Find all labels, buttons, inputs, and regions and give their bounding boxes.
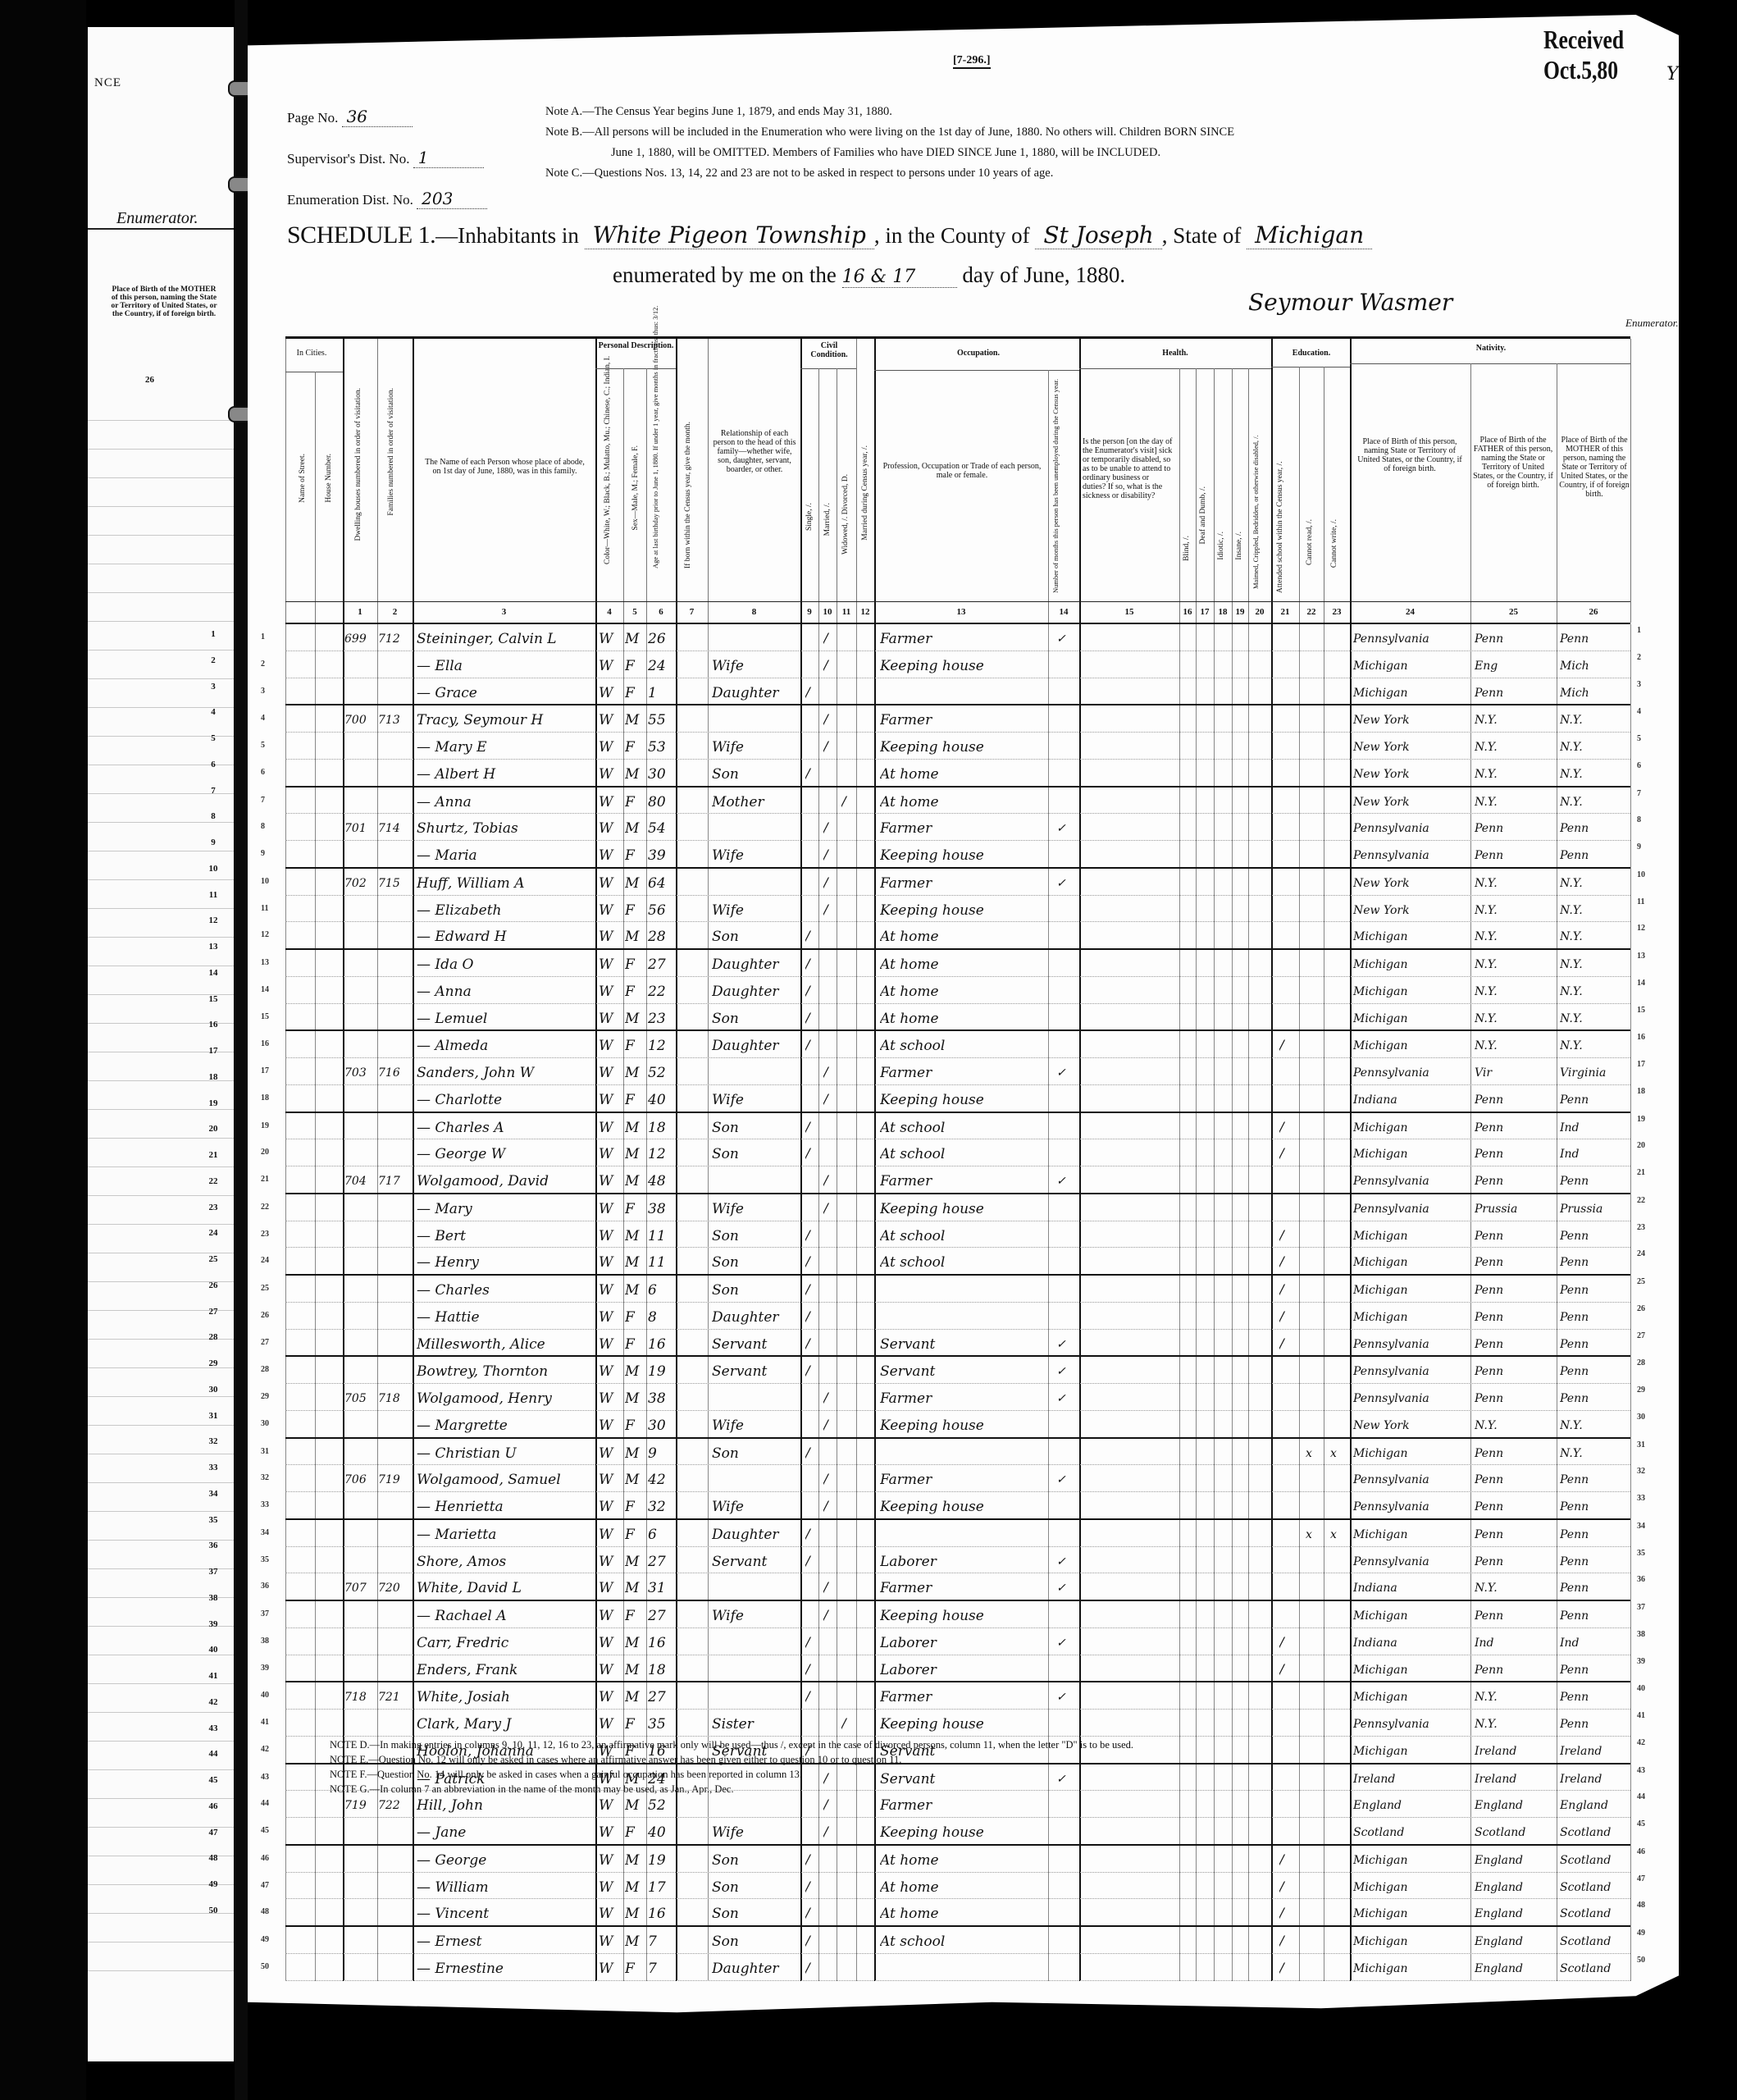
sex-value: F [625,733,646,758]
dwelling-number [344,1547,377,1573]
table-header: In Cities. Name of Street. House Number.… [285,336,1630,624]
color-value: W [599,1248,622,1273]
form-code: [7-296.] [953,54,991,69]
row-number-right: 23 [1637,1223,1645,1232]
occupation-value: At school [880,1248,1044,1273]
cannot-read-header: Cannot read, /. [1306,519,1314,565]
months-unemployed-mark [1056,950,1078,975]
age-value: 17 [648,1873,676,1898]
dwelling-number [344,1520,377,1545]
sex-value: F [625,1303,646,1328]
table-row: 4949— ErnestWM7Son/At school/MichiganEng… [285,1927,1630,1954]
dwelling-number [344,1899,377,1924]
birthplace-mother-value: Penn [1560,1166,1630,1192]
enumeration-district-value: 203 [417,189,487,209]
relationship-value [712,1465,798,1491]
months-unemployed-mark [1056,1004,1078,1029]
attended-school-mark [1279,1492,1296,1518]
family-number [378,1194,411,1220]
age-value: 40 [648,1818,676,1843]
cannot-read-mark [1306,1710,1322,1735]
table-row: 2525— CharlesWM6Son//MichiganPennPenn [285,1276,1630,1303]
dwelling-number [344,1628,377,1654]
married-mark: / [823,896,835,921]
relationship-value: Servant [712,1547,798,1573]
birthplace-mother-value: Penn [1560,1710,1630,1735]
row-number-right: 16 [1637,1033,1645,1042]
note-b-line1: Note B.—All persons will be included in … [545,122,1737,143]
birthplace-father-value: Penn [1475,1384,1555,1409]
previous-page-row-numbers: 1234567891011121314151617181920212223242… [205,622,221,1924]
cannot-read-mark [1306,1655,1322,1681]
relationship-value: Son [712,1004,798,1029]
cannot-read-mark [1306,1411,1322,1436]
cannot-write-mark [1330,814,1347,839]
single-mark [805,1492,817,1518]
sex-value: M [625,1276,646,1301]
birthplace-father-header: Place of Birth of the FATHER of this per… [1473,436,1553,490]
birthplace-mother-value: N.Y. [1560,760,1630,785]
table-row: 1616— AlmedaWF12Daughter/At school/Michi… [285,1031,1630,1058]
person-name: — Maria [417,841,593,866]
age-value: 7 [648,1954,676,1979]
table-row: 2828Bowtrey, ThorntonWM19Servant/Servant… [285,1357,1630,1384]
previous-page-row-number: 38 [205,1586,221,1612]
family-number [378,1520,411,1545]
relationship-value: Son [712,1846,798,1871]
birthplace-person-value: Scotland [1353,1818,1470,1843]
relationship-value: Wife [712,1601,798,1627]
born-month-header: If born within the Census year, give the… [684,363,692,568]
family-number [378,1628,411,1654]
birthplace-person-value: New York [1353,787,1470,813]
cannot-read-mark [1306,977,1322,1002]
occupation-value: At school [880,1927,1044,1952]
column-number: 8 [708,607,800,617]
relationship-value: Daughter [712,950,798,975]
row-number: 28 [261,1365,269,1374]
row-number-right: 31 [1637,1440,1645,1449]
schedule-title-line: SCHEDULE 1.—Inhabitants in White Pigeon … [287,221,1372,249]
row-number: 46 [261,1854,269,1863]
attended-school-mark: / [1279,1873,1296,1898]
birthplace-person-value: Pennsylvania [1353,1492,1470,1518]
attended-school-mark: / [1279,1846,1296,1871]
relationship-value: Wife [712,1411,798,1436]
birthplace-father-value: England [1475,1954,1555,1979]
person-name: — Margrette [417,1411,593,1436]
civil-condition-header: Civil Condition. [802,341,856,359]
row-number: 42 [261,1745,269,1754]
dwelling-number [344,1710,377,1735]
page-no-label: Page No. [287,110,338,126]
column-number: 11 [837,607,856,617]
attended-school-mark: / [1279,1248,1296,1273]
row-number-right: 19 [1637,1115,1645,1124]
attended-school-mark [1279,1818,1296,1843]
widowed-mark [841,1276,853,1301]
row-number-right: 49 [1637,1929,1645,1938]
sex-value: M [625,1058,646,1084]
family-number [378,1818,411,1843]
cannot-read-mark: x [1306,1520,1322,1545]
age-value: 42 [648,1465,676,1491]
months-unemployed-mark: ✓ [1056,1465,1078,1491]
dwelling-number [344,1873,377,1898]
married-mark: / [823,1818,835,1843]
schedule-text: , in the County of [874,223,1030,248]
row-number: 24 [261,1256,269,1265]
birthplace-person-value: Michigan [1353,1655,1470,1681]
column-number: 9 [800,607,818,617]
birthplace-person-value: Michigan [1353,1221,1470,1247]
enumerated-text: enumerated by me on the [613,262,837,287]
sex-value: M [625,1628,646,1654]
attended-school-mark: / [1279,1303,1296,1328]
family-number [378,1873,411,1898]
married-mark [823,1113,835,1139]
months-unemployed-mark [1056,1248,1078,1273]
row-number: 26 [261,1311,269,1320]
months-unemployed-mark [1056,1113,1078,1139]
supervisor-district-field: Supervisor's Dist. No. 1 [287,148,484,168]
age-value: 7 [648,1927,676,1952]
row-number: 25 [261,1284,269,1293]
column-number: 7 [676,607,708,617]
previous-page-row-number: 37 [205,1559,221,1586]
column-number: 22 [1299,607,1324,617]
months-unemployed-mark [1056,705,1078,731]
relationship-value: Son [712,1276,798,1301]
widowed-mark [841,1411,853,1436]
cannot-write-mark [1330,705,1347,731]
previous-page-row-number: 34 [205,1481,221,1508]
months-unemployed-mark [1056,1276,1078,1301]
person-name: — George [417,1846,593,1871]
row-number-right: 2 [1637,653,1641,662]
married-mark [823,1248,835,1273]
row-number-right: 38 [1637,1630,1645,1639]
age-value: 8 [648,1303,676,1328]
birthplace-father-value: N.Y. [1475,922,1555,947]
previous-page-row-number: 25 [205,1247,221,1273]
family-number [378,1411,411,1436]
birthplace-person-value: Pennsylvania [1353,1465,1470,1491]
person-name: — Bert [417,1221,593,1247]
color-value: W [599,1628,622,1654]
enumeration-district-field: Enumeration Dist. No. 203 [287,189,487,209]
cannot-write-mark [1330,1139,1347,1165]
row-number-right: 34 [1637,1522,1645,1531]
age-value: 30 [648,1411,676,1436]
person-name: — Henry [417,1248,593,1273]
attended-school-mark [1279,814,1296,839]
birthplace-mother-header: Place of Birth of the MOTHER of this per… [1558,436,1630,499]
single-mark [805,1058,817,1084]
relationship-value: Son [712,1248,798,1273]
color-value: W [599,1113,622,1139]
relationship-value: Son [712,1439,798,1464]
color-value: W [599,814,622,839]
row-number-right: 11 [1637,897,1644,906]
relationship-value [712,1682,798,1708]
birthplace-mother-value: N.Y. [1560,1031,1630,1057]
row-number: 16 [261,1039,269,1048]
birthplace-person-value: Michigan [1353,1113,1470,1139]
dwelling-number [344,1031,377,1057]
birthplace-father-value: Penn [1475,1139,1555,1165]
months-unemployed-mark [1056,1139,1078,1165]
birthplace-person-value: Michigan [1353,950,1470,975]
color-header: Color—White, W.; Black, B.; Mulatto, Mu.… [604,376,612,564]
birthplace-mother-value: Mich [1560,678,1630,704]
enumerated-days-value: 16 & 17 [842,267,957,288]
dwelling-number [344,1818,377,1843]
family-number [378,1439,411,1464]
previous-page-row-number: 19 [205,1091,221,1117]
cannot-read-mark [1306,678,1322,704]
occupation-value: At home [880,922,1044,947]
widowed-mark [841,1899,853,1924]
attended-school-mark [1279,1682,1296,1708]
idiotic-header: Idiotic, /. [1217,532,1225,560]
table-row: 11699712Steininger, Calvin LWM26/Farmer✓… [285,624,1630,651]
person-name: — Ella [417,651,593,677]
relationship-value: Servant [712,1357,798,1382]
cannot-write-mark [1330,1764,1347,1790]
cannot-read-mark [1306,1954,1322,1979]
row-number-right: 45 [1637,1819,1645,1828]
sex-value: M [625,1384,646,1409]
birthplace-mother-value: Scotland [1560,1927,1630,1952]
widowed-mark [841,1439,853,1464]
birthplace-mother-value: England [1560,1791,1630,1816]
occupation-value [880,1439,1044,1464]
occupation-value [880,1303,1044,1328]
dwelling-number [344,1113,377,1139]
cannot-read-mark [1306,1682,1322,1708]
birthplace-mother-value: Penn [1560,1573,1630,1599]
table-row: 2424— HenryWM11Son/At school/MichiganPen… [285,1248,1630,1276]
dwelling-number [344,1846,377,1871]
cannot-read-mark [1306,1194,1322,1220]
birthplace-person-value: Indiana [1353,1573,1470,1599]
married-mark [823,1221,835,1247]
attended-school-mark [1279,1194,1296,1220]
maimed-header: Maimed, Crippled, Bedridden, or otherwis… [1251,376,1260,589]
previous-page-row-number: 5 [205,726,221,752]
occupation-value: Farmer [880,1573,1044,1599]
person-name: — Vincent [417,1899,593,1924]
widowed-mark [841,624,853,650]
age-value: 27 [648,1547,676,1573]
birthplace-person-value: New York [1353,1411,1470,1436]
birthplace-person-value: Pennsylvania [1353,1357,1470,1382]
months-unemployed-mark: ✓ [1056,1682,1078,1708]
months-unemployed-mark [1056,1520,1078,1545]
cannot-write-mark [1330,1846,1347,1871]
birthplace-mother-value: N.Y. [1560,950,1630,975]
previous-page-row-number: 50 [205,1898,221,1924]
age-value: 30 [648,760,676,785]
table-row: 4545— JaneWF40Wife/Keeping houseScotland… [285,1818,1630,1846]
row-number-right: 43 [1637,1766,1645,1775]
family-number: 720 [378,1573,411,1599]
months-unemployed-mark [1056,1927,1078,1952]
row-number: 22 [261,1203,269,1212]
column-number: 14 [1048,607,1079,617]
table-row: 1717703716Sanders, John WWM52/Farmer✓Pen… [285,1058,1630,1085]
cannot-write-header: Cannot write, /. [1330,519,1338,568]
occupation-value: Farmer [880,1384,1044,1409]
widowed-mark [841,1166,853,1192]
married-mark [823,1303,835,1328]
row-number-right: 3 [1637,680,1641,689]
person-name: — Ida O [417,950,593,975]
sex-value: F [625,896,646,921]
column-number: 20 [1248,607,1271,617]
birthplace-father-value: Scotland [1475,1818,1555,1843]
months-unemployed-mark [1056,1303,1078,1328]
relationship-value: Daughter [712,678,798,704]
family-number [378,1547,411,1573]
attended-school-mark [1279,1411,1296,1436]
widowed-mark [841,1927,853,1952]
birthplace-father-value: Penn [1475,841,1555,866]
table-row: 2626— HattieWF8Daughter//MichiganPennPen… [285,1303,1630,1330]
single-mark: / [805,760,817,785]
cannot-read-mark [1306,1384,1322,1409]
occupation-value: At school [880,1139,1044,1165]
row-number-right: 22 [1637,1196,1645,1205]
table-row: 4040718721White, JosiahWM27/Farmer✓Michi… [285,1682,1630,1710]
table-row: 1212— Edward HWM28Son/At homeMichiganN.Y… [285,922,1630,950]
sex-value: M [625,1873,646,1898]
birthplace-mother-value: Penn [1560,841,1630,866]
attended-school-mark [1279,1601,1296,1627]
sex-value: M [625,705,646,731]
birthplace-father-value: Penn [1475,1166,1555,1192]
birthplace-mother-value: N.Y. [1560,705,1630,731]
relationship-value: Servant [712,1330,798,1355]
birthplace-father-value: N.Y. [1475,733,1555,758]
row-number: 9 [261,849,265,858]
birthplace-mother-value: Penn [1560,1682,1630,1708]
family-number [378,896,411,921]
dwelling-number: 701 [344,814,377,839]
row-number: 35 [261,1555,269,1564]
cannot-read-mark [1306,1058,1322,1084]
color-value: W [599,922,622,947]
birthplace-mother-value: N.Y. [1560,1004,1630,1029]
row-number: 45 [261,1826,269,1835]
row-number-right: 41 [1637,1711,1645,1720]
family-number [378,950,411,975]
nativity-group-header: Nativity. [1352,344,1630,353]
row-number-right: 48 [1637,1901,1645,1910]
occupation-value: Keeping house [880,1194,1044,1220]
sex-value: F [625,651,646,677]
table-row: 2929705718Wolgamood, HenryWM38/Farmer✓Pe… [285,1384,1630,1411]
single-mark [805,624,817,650]
birthplace-father-value: Prussia [1475,1194,1555,1220]
widowed-mark [841,1682,853,1708]
married-mark [823,1276,835,1301]
dwelling-number [344,787,377,813]
birthplace-father-value: Penn [1475,1439,1555,1464]
occupation-value: At school [880,1113,1044,1139]
row-number-right: 7 [1637,789,1641,798]
cannot-write-mark [1330,1031,1347,1057]
months-unemployed-mark [1056,1954,1078,1979]
relationship-value: Son [712,1899,798,1924]
row-number-right: 44 [1637,1792,1645,1801]
row-number: 49 [261,1935,269,1944]
birthplace-mother-value: Mich [1560,651,1630,677]
row-number: 21 [261,1175,269,1184]
birthplace-father-value: Penn [1475,1601,1555,1627]
birthplace-mother-value: Ireland [1560,1764,1630,1790]
occupation-value [880,1520,1044,1545]
age-value: 12 [648,1031,676,1057]
cannot-read-mark [1306,1791,1322,1816]
single-mark [805,814,817,839]
row-number: 27 [261,1338,269,1347]
row-number: 48 [261,1907,269,1916]
cannot-write-mark [1330,1818,1347,1843]
dwelling-number [344,1927,377,1952]
divider [88,228,234,230]
relationship-value: Son [712,1139,798,1165]
person-name: Tracy, Seymour H [417,705,593,731]
birthplace-person-value: Pennsylvania [1353,1384,1470,1409]
relationship-value [712,1166,798,1192]
birthplace-father-value: N.Y. [1475,977,1555,1002]
previous-page-row-number: 16 [205,1012,221,1039]
relationship-value: Wife [712,1085,798,1111]
column-number: 23 [1324,607,1350,617]
cannot-read-mark [1306,624,1322,650]
table-row: 3131— Christian UWM9Son/xxMichiganPennN.… [285,1439,1630,1466]
sex-value: M [625,1248,646,1273]
cannot-write-mark [1330,841,1347,866]
sex-value: M [625,1927,646,1952]
cannot-write-mark [1330,1248,1347,1273]
cannot-write-mark [1330,1954,1347,1979]
birthplace-person-value: Michigan [1353,1520,1470,1545]
occupation-value [880,1276,1044,1301]
table-row: 5050— ErnestineWF7Daughter//MichiganEngl… [285,1954,1630,1981]
cannot-read-mark [1306,1031,1322,1057]
row-number: 17 [261,1066,269,1075]
previous-page-row-number: 46 [205,1794,221,1820]
cannot-write-mark [1330,651,1347,677]
binding-spine [235,0,248,2100]
age-value: 27 [648,950,676,975]
person-name: — Jane [417,1818,593,1843]
row-number: 36 [261,1582,269,1591]
months-unemployed-mark [1056,977,1078,1002]
widowed-mark [841,1384,853,1409]
color-value: W [599,1520,622,1545]
widowed-mark [841,1846,853,1871]
cannot-read-mark [1306,1113,1322,1139]
relationship-value: Wife [712,896,798,921]
row-number: 47 [261,1881,269,1890]
row-number-right: 1 [1637,626,1641,635]
cannot-write-mark [1330,1194,1347,1220]
occupation-value: Keeping house [880,1710,1044,1735]
